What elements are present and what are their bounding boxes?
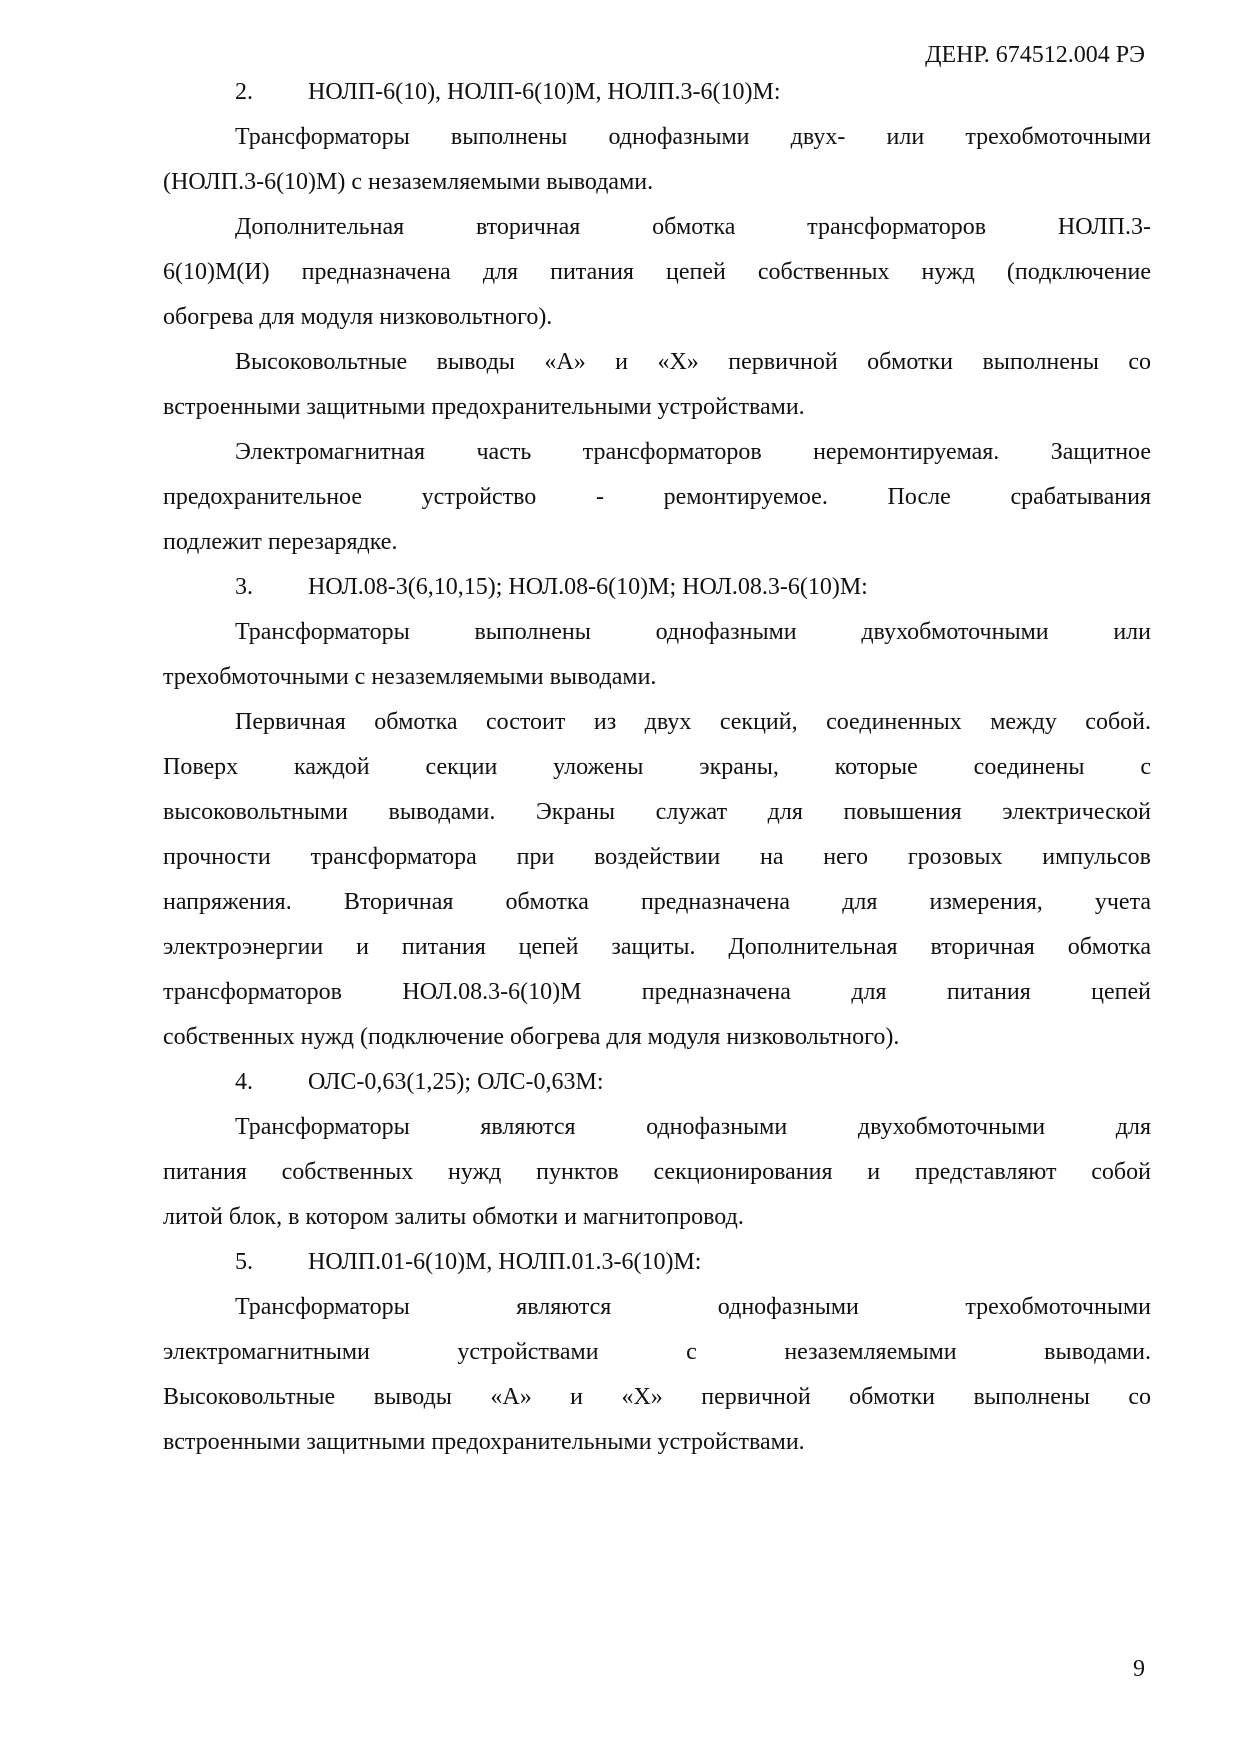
section-title: НОЛ.08-3(6,10,15); НОЛ.08-6(10)М; НОЛ.08…	[308, 574, 868, 600]
page-number: 9	[1133, 1654, 1145, 1684]
section-heading: 2.НОЛП-6(10), НОЛП-6(10)М, НОЛП.3-6(10)М…	[235, 75, 781, 109]
paragraph-line: Трансформаторы выполнены однофазными дву…	[235, 615, 1151, 649]
paragraph-line: напряжения. Вторичная обмотка предназнач…	[163, 885, 1151, 919]
section-number: 3.	[235, 570, 308, 604]
section-number: 2.	[235, 75, 308, 109]
paragraph-line: трехобмоточными с незаземляемыми выводам…	[163, 660, 656, 694]
section-heading: 3.НОЛ.08-3(6,10,15); НОЛ.08-6(10)М; НОЛ.…	[235, 570, 868, 604]
section-number: 4.	[235, 1065, 308, 1099]
paragraph-line: прочности трансформатора при воздействии…	[163, 840, 1151, 874]
paragraph-line: трансформаторов НОЛ.08.3-6(10)М предназн…	[163, 975, 1151, 1009]
paragraph-line: Электромагнитная часть трансформаторов н…	[235, 435, 1151, 469]
paragraph-line: Поверх каждой секции уложены экраны, кот…	[163, 750, 1151, 784]
paragraph-line: электроэнергии и питания цепей защиты. Д…	[163, 930, 1151, 964]
paragraph-line: собственных нужд (подключение обогрева д…	[163, 1020, 899, 1054]
section-heading: 5.НОЛП.01-6(10)М, НОЛП.01.3-6(10)М:	[235, 1245, 701, 1279]
paragraph-line: (НОЛП.3-6(10)М) с незаземляемыми выводам…	[163, 165, 653, 199]
paragraph-line: обогрева для модуля низковольтного).	[163, 300, 552, 334]
paragraph-line: встроенными защитными предохранительными…	[163, 390, 805, 424]
paragraph-line: Первичная обмотка состоит из двух секций…	[235, 705, 1151, 739]
paragraph-line: предохранительное устройство - ремонтиру…	[163, 480, 1151, 514]
paragraph-line: литой блок, в котором залиты обмотки и м…	[163, 1200, 744, 1234]
section-title: НОЛП-6(10), НОЛП-6(10)М, НОЛП.3-6(10)М:	[308, 79, 781, 105]
section-heading: 4.ОЛС-0,63(1,25); ОЛС-0,63М:	[235, 1065, 604, 1099]
paragraph-line: подлежит перезарядке.	[163, 525, 397, 559]
paragraph-line: Трансформаторы являются однофазными трех…	[235, 1290, 1151, 1324]
paragraph-line: питания собственных нужд пунктов секцион…	[163, 1155, 1151, 1189]
paragraph-line: Трансформаторы являются однофазными двух…	[235, 1110, 1151, 1144]
paragraph-line: 6(10)М(И) предназначена для питания цепе…	[163, 255, 1151, 289]
paragraph-line: Высоковольтные выводы «А» и «Х» первично…	[163, 1380, 1151, 1414]
paragraph-line: высоковольтными выводами. Экраны служат …	[163, 795, 1151, 829]
section-title: ОЛС-0,63(1,25); ОЛС-0,63М:	[308, 1069, 604, 1095]
paragraph-line: Дополнительная вторичная обмотка трансфо…	[235, 210, 1151, 244]
paragraph-line: Высоковольтные выводы «А» и «Х» первично…	[235, 345, 1151, 379]
document-code-header: ДЕНР. 674512.004 РЭ	[925, 40, 1145, 70]
paragraph-line: встроенными защитными предохранительными…	[163, 1425, 805, 1459]
section-title: НОЛП.01-6(10)М, НОЛП.01.3-6(10)М:	[308, 1249, 701, 1275]
paragraph-line: Трансформаторы выполнены однофазными дву…	[235, 120, 1151, 154]
section-number: 5.	[235, 1245, 308, 1279]
paragraph-line: электромагнитными устройствами с незазем…	[163, 1335, 1151, 1369]
